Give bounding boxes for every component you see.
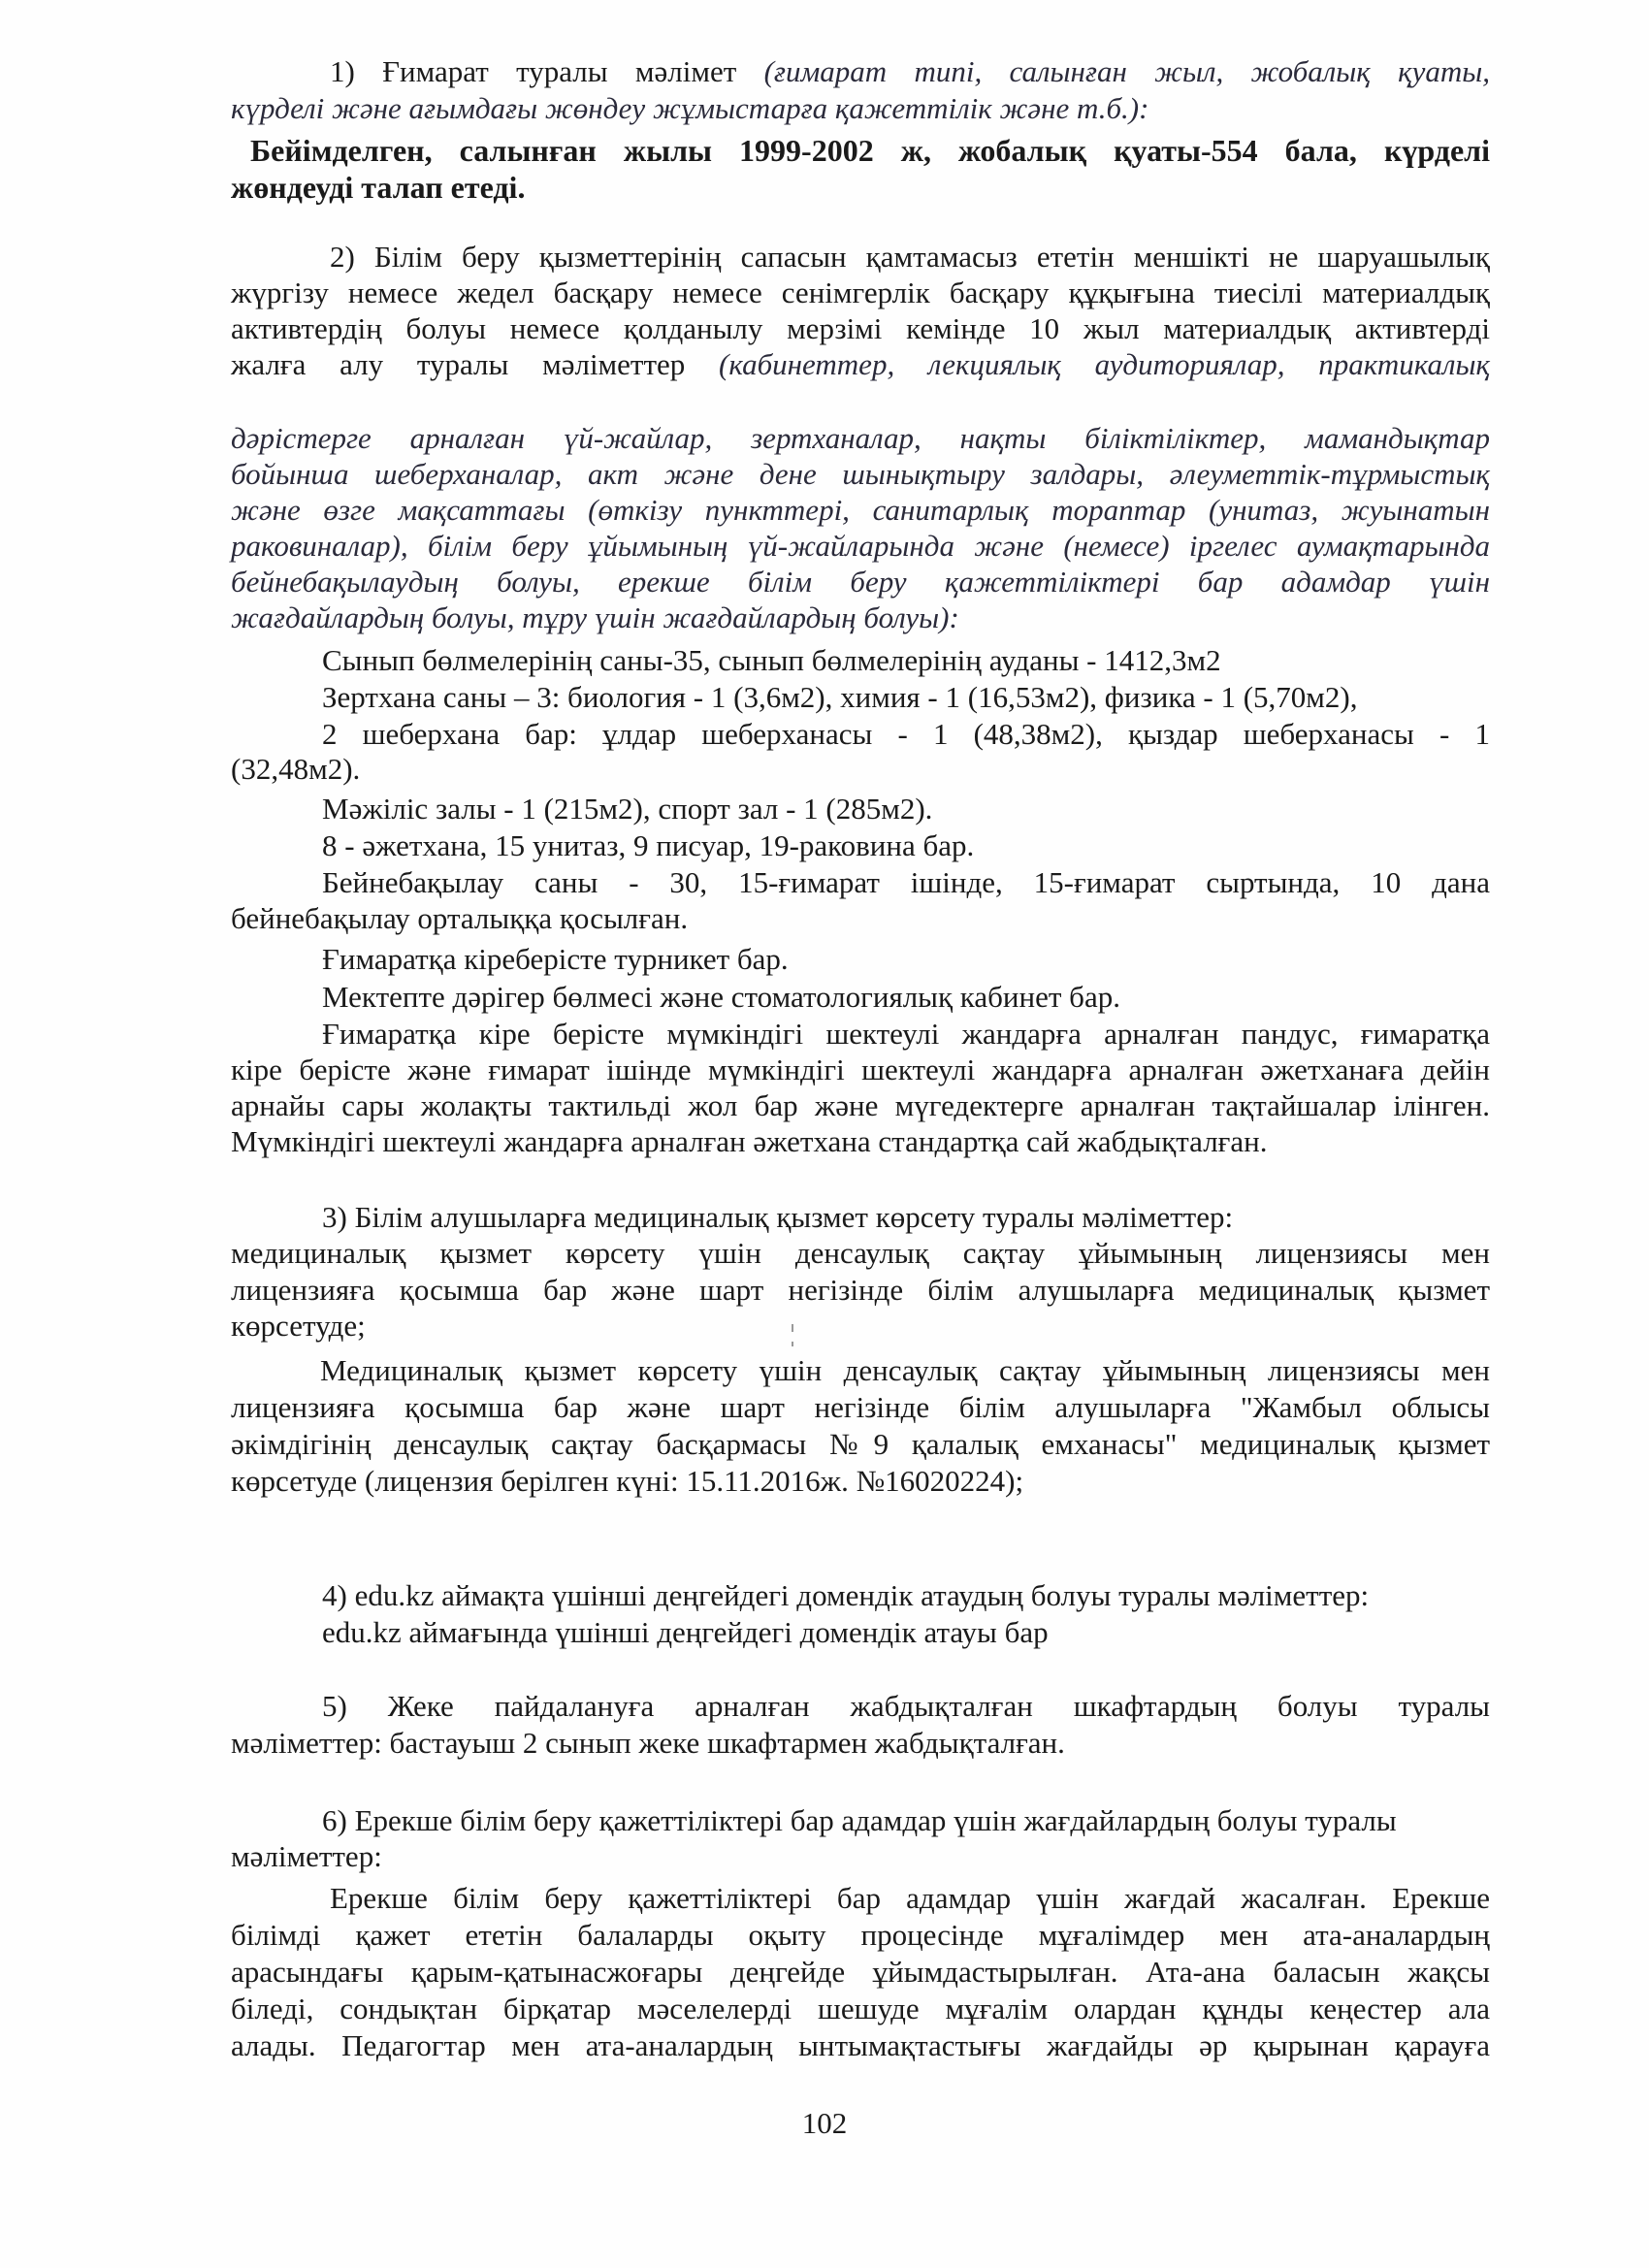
section1-answer-line: жөндеуді талап етеді. [231,169,1490,206]
section6-line: Ерекше білім беру қажеттіліктері бар ада… [330,1880,1490,1917]
scan-artifact [792,1324,793,1332]
section2-heading-line: жалға алу туралы мәліметтер (кабинеттер,… [231,346,1490,383]
section3-line: Медициналық қызмет көрсету үшін денсаулы… [320,1352,1490,1389]
section1-heading-line: 1) Ғимарат туралы мәлімет (ғимарат типі,… [330,53,1490,90]
fact-line: Бейнебақылау саны - 30, 15-ғимарат ішінд… [322,864,1490,901]
section2-italic-line: жағдайлардың болуы, тұру үшін жағдайлард… [231,599,1490,636]
fact-line: Зертхана саны – 3: биология - 1 (3,6м2),… [322,679,1490,716]
section3-line: көрсетуде; [231,1308,1490,1345]
section6-line: арасындағы қарым-қатынасжоғары деңгейде … [231,1954,1490,1991]
section2-italic-line: бойынша шеберханалар, акт және дене шыны… [231,456,1490,493]
fact-line: 2 шеберхана бар: ұлдар шеберханасы - 1 (… [322,716,1490,753]
section3-line: медициналық қызмет көрсету үшін денсаулы… [231,1235,1490,1272]
section2-italic-line: бейнебақылаудың болуы, ерекше білім беру… [231,564,1490,600]
section3-heading: 3) Білім алушыларға медициналық қызмет к… [322,1199,1490,1236]
page-number: 102 [0,2105,1649,2142]
section4-heading: 4) edu.kz аймақта үшінші деңгейдегі доме… [322,1577,1490,1614]
section2-heading-line: активтердің болуы немесе қолданылу мерзі… [231,310,1490,347]
italic-text: (кабинеттер, лекциялық аудиториялар, пра… [719,347,1490,381]
fact-line: Ғимаратқа кіре берісте мүмкіндігі шектеу… [322,1016,1490,1053]
section6-line: білімді қажет ететін балаларды оқыту про… [231,1917,1490,1954]
fact-line: Ғимаратқа кіреберісте турникет бар. [322,941,1490,978]
section2-heading-line: жүргізу немесе жедел басқару немесе сені… [231,275,1490,311]
section3-line: әкімдігінің денсаулық сақтау басқармасы … [231,1426,1490,1463]
section2-italic-line: раковиналар), білім беру ұйымының үй-жай… [231,528,1490,565]
heading-italic-text: (ғимарат типі, салынған жыл, жобалық қуа… [764,54,1490,88]
section1-answer-line: Бейімделген, салынған жылы 1999-2002 ж, … [250,132,1490,169]
section6-heading-line: мәліметтер: [231,1838,1490,1875]
section4-answer: edu.kz аймағында үшінші деңгейдегі домен… [322,1614,1490,1651]
fact-line: Мәжіліс залы - 1 (215м2), спорт зал - 1 … [322,791,1490,827]
section5-line: мәліметтер: бастауыш 2 сынып жеке шкафта… [231,1725,1490,1762]
section6-heading-line: 6) Ерекше білім беру қажеттіліктері бар … [322,1802,1490,1839]
fact-line: Мүмкіндігі шектеулі жандарға арналған әж… [231,1123,1490,1160]
fact-line: арнайы сары жолақты тактильді жол бар жә… [231,1087,1490,1124]
document-page: 1) Ғимарат туралы мәлімет (ғимарат типі,… [0,0,1649,2268]
section1-heading-line: күрделі және ағымдағы жөндеу жұмыстарға … [231,90,1490,127]
fact-line: 8 - әжетхана, 15 унитаз, 9 писуар, 19-ра… [322,827,1490,864]
heading-text: жалға алу туралы мәліметтер [231,347,719,381]
section3-line: көрсетуде (лицензия берілген күні: 15.11… [231,1463,1490,1500]
heading-text: 1) Ғимарат туралы мәлімет [330,54,764,88]
fact-line: кіре берісте және ғимарат ішінде мүмкінд… [231,1052,1490,1088]
scan-artifact [792,1342,793,1346]
fact-line: (32,48м2). [231,751,1490,788]
section2-italic-line: және өзге мақсаттағы (өткізу пункттері, … [231,492,1490,529]
section2-italic-line: дәрістерге арналған үй-жайлар, зертханал… [231,420,1490,457]
section2-heading-line: 2) Білім беру қызметтерінің сапасын қамт… [330,239,1490,275]
section5-line: 5) Жеке пайдалануға арналған жабдықталға… [322,1688,1490,1725]
section6-line: біледі, сондықтан бірқатар мәселелерді ш… [231,1991,1490,2027]
section3-line: лицензияға қосымша бар және шарт негізін… [231,1389,1490,1426]
section3-line: лицензияға қосымша бар және шарт негізін… [231,1272,1490,1309]
section6-line: алады. Педагогтар мен ата-аналардың ынты… [231,2027,1490,2064]
fact-line: бейнебақылау орталыққа қосылған. [231,900,1490,937]
fact-line: Мектепте дәрігер бөлмесі және стоматолог… [322,979,1490,1016]
fact-line: Сынып бөлмелерінің саны-35, сынып бөлмел… [322,642,1490,679]
